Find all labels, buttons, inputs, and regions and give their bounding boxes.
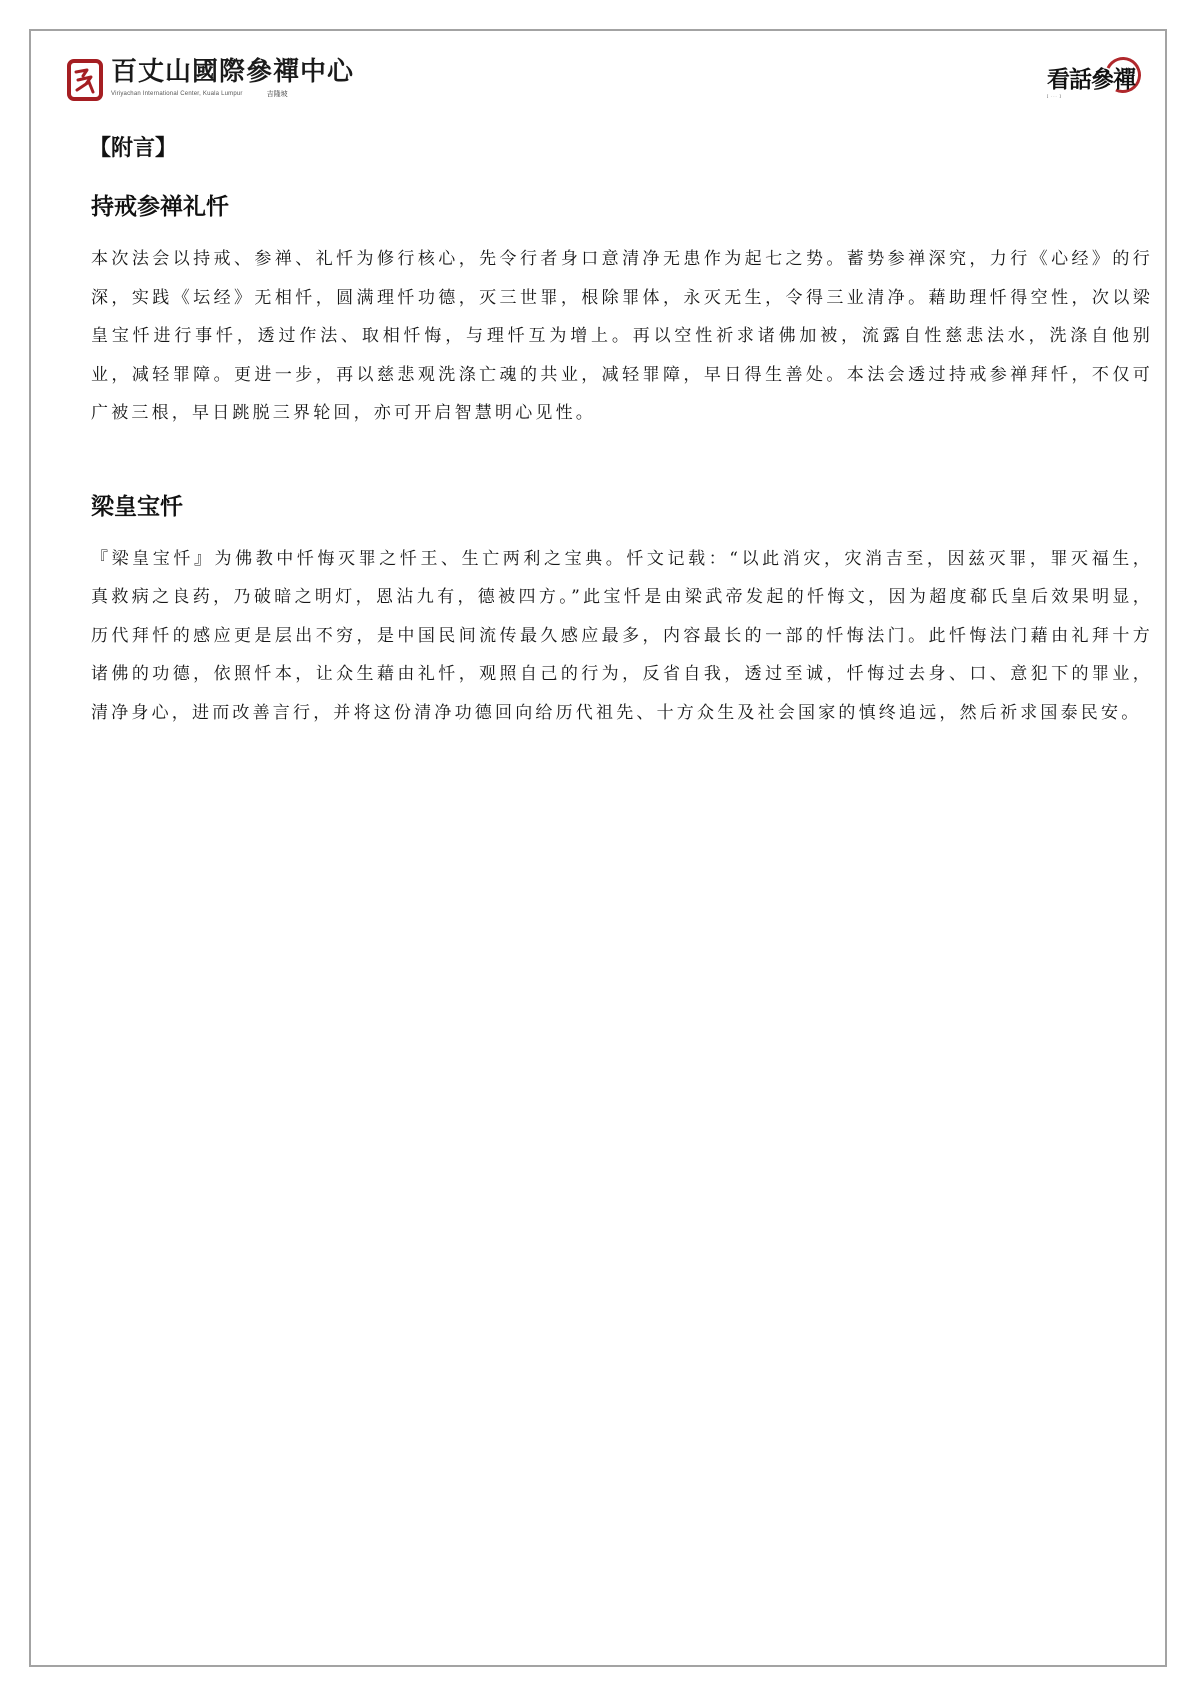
organization-location: 吉隆坡	[267, 89, 288, 99]
organization-name-en: Viriyachan International Center, Kuala L…	[111, 91, 243, 97]
organization-name-cn: 百丈山國際參禪中心	[111, 57, 354, 87]
document-page: 百丈山國際參禪中心 Viriyachan International Cente…	[29, 29, 1167, 1667]
organization-subtitle-row: Viriyachan International Center, Kuala L…	[111, 89, 354, 99]
seal-glyph-icon	[73, 66, 97, 96]
organization-logo: 百丈山國際參禪中心 Viriyachan International Cente…	[67, 57, 354, 105]
kanhua-canchan-title: 看話參禪	[1047, 61, 1135, 94]
section-title-liang-huang-repentance: 梁皇宝忏	[91, 492, 1151, 522]
kanhua-canchan-subtitle: [ ... ]	[1047, 93, 1062, 98]
section-paragraph-liang-huang-repentance: 『梁皇宝忏』为佛教中忏悔灭罪之忏王、生亡两利之宝典。忏文记载：“以此消灾，灾消吉…	[91, 540, 1153, 733]
organization-name-block: 百丈山國際參禪中心 Viriyachan International Cente…	[111, 57, 354, 99]
section-title-precepts-chan-repentance: 持戒参禅礼忏	[91, 192, 1151, 222]
red-seal-icon	[67, 59, 103, 101]
section-paragraph-precepts-chan-repentance: 本次法会以持戒、参禅、礼忏为修行核心，先令行者身口意清净无患作为起七之势。蓄势参…	[91, 240, 1153, 433]
appendix-title: 【附言】	[89, 135, 1151, 163]
kanhua-canchan-logo: 看話參禪 [ ... ]	[1043, 57, 1143, 103]
document-body: 【附言】 持戒参禅礼忏 本次法会以持戒、参禅、礼忏为修行核心，先令行者身口意清净…	[91, 135, 1151, 732]
